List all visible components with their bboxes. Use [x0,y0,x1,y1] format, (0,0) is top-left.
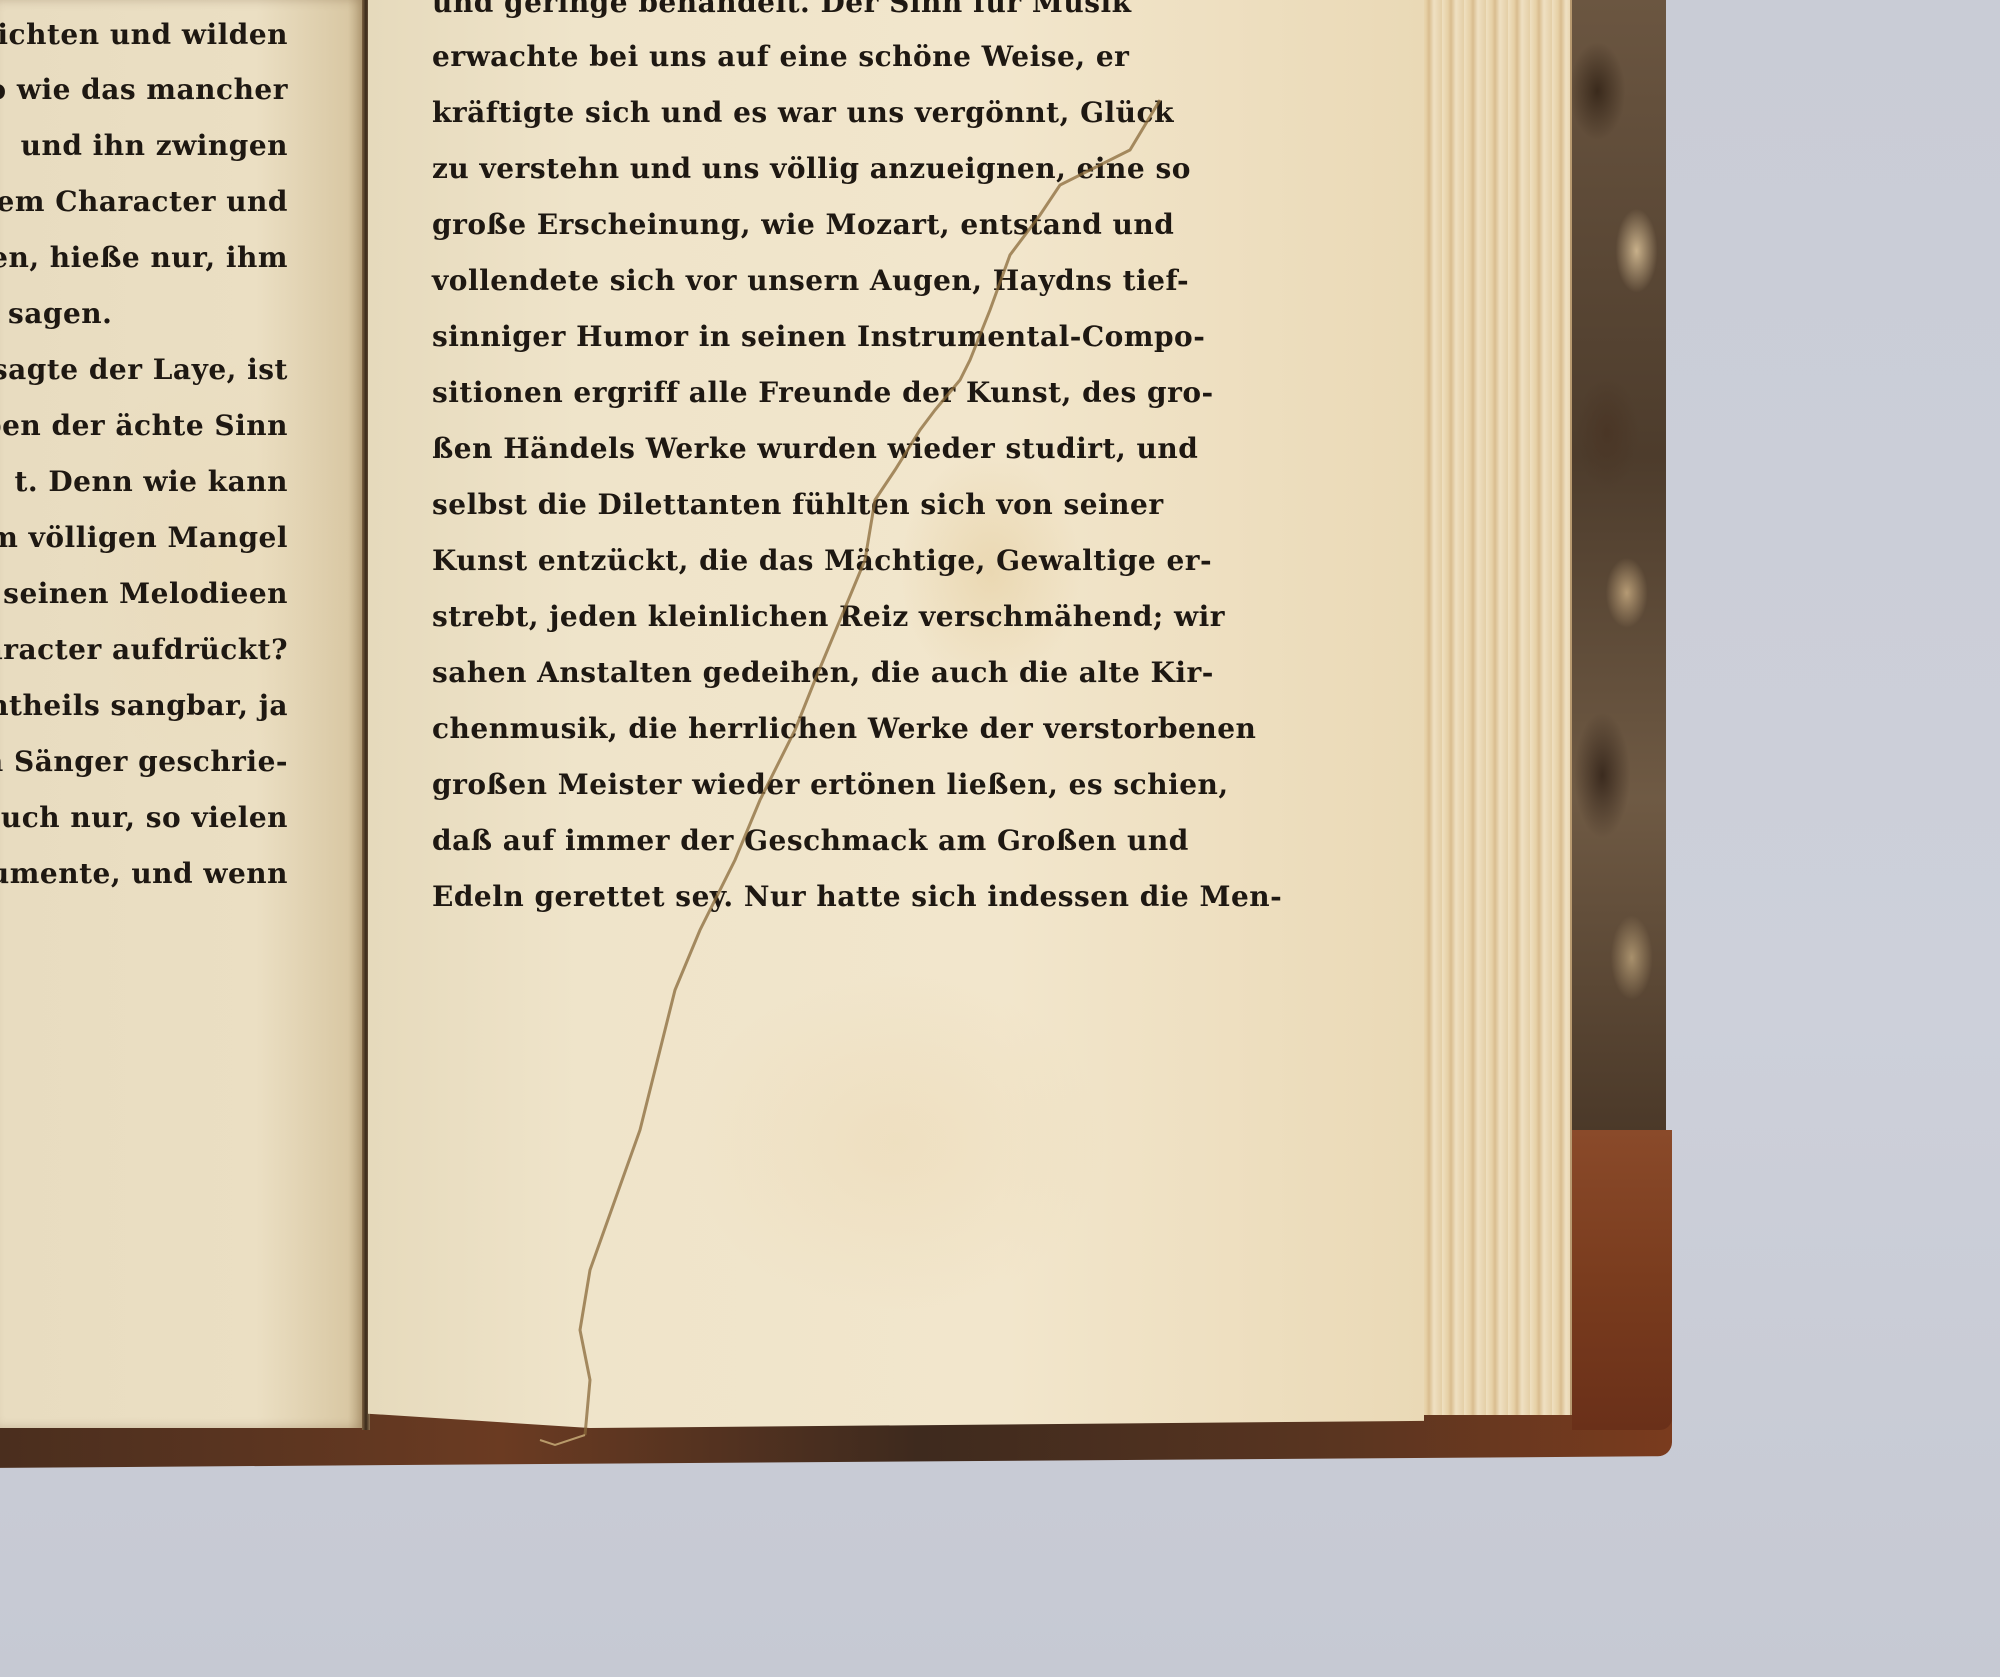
text-line: gen Sänger geschrie- [0,745,288,778]
text-line: zu verstehn und uns völlig anzueignen, e… [432,152,1191,185]
text-line: t. Denn wie kann [14,465,288,498]
text-line: und ihn zwingen [21,129,288,162]
text-line: daß auf immer der Geschmack am Großen un… [432,824,1189,857]
text-line: en, hieße nur, ihm [0,241,288,274]
text-line: sagte der Laye, ist [0,353,288,386]
text-line: so wie das mancher [0,73,288,106]
text-line: Kunst entzückt, die das Mächtige, Gewalt… [432,544,1212,577]
page-block-edges [1420,0,1572,1415]
leather-corner [1572,1130,1672,1430]
text-line: sagen. [8,297,112,330]
text-line: dem Character und [0,185,288,218]
text-line: eben der ächte Sinn [0,409,288,442]
text-line: Edeln gerettet sey. Nur hatte sich indes… [432,880,1282,913]
text-line: vollendete sich vor unsern Augen, Haydns… [432,264,1189,297]
text-line: eichten und wilden [0,18,288,51]
text-line: r auch nur, so vielen [0,801,288,834]
text-line: sahen Anstalten gedeihen, die auch die a… [432,656,1214,689]
book-photo: eichten und wilden so wie das mancher un… [0,0,2000,1677]
text-line: em völligen Mangel [0,521,288,554]
text-line: ßen Händels Werke wurden wieder studirt,… [432,432,1198,465]
text-line: große Erscheinung, wie Mozart, entstand … [432,208,1174,241]
right-page-text: und geringe behandelt. Der Sinn für Musi… [432,0,1112,920]
text-line: kräftigte sich und es war uns vergönnt, … [432,96,1174,129]
right-page: und geringe behandelt. Der Sinn für Musi… [368,0,1424,1428]
text-line: sinniger Humor in seinen Instrumental-Co… [432,320,1205,353]
text-line: sitionen ergriff alle Freunde der Kunst,… [432,376,1214,409]
text-line: erwachte bei uns auf eine schöne Weise, … [432,40,1129,73]
left-page-text: eichten und wilden so wie das mancher un… [0,0,288,900]
text-line: rumente, und wenn [0,857,288,890]
text-line: n seinen Melodieen [0,577,288,610]
text-line: selbst die Dilettanten fühlten sich von … [432,488,1164,521]
text-line: Character aufdrückt? [0,633,288,666]
text-line: chenmusik, die herrlichen Werke der vers… [432,712,1256,745]
left-page: eichten und wilden so wie das mancher un… [0,0,366,1428]
text-line: großen Meister wieder ertönen ließen, es… [432,768,1229,801]
text-line: strebt, jeden kleinlichen Reiz verschmäh… [432,600,1225,633]
text-line: ntheils sangbar, ja [0,689,288,722]
text-line: und geringe behandelt. Der Sinn für Musi… [432,0,1132,19]
marbled-cover-board [1568,0,1666,1140]
